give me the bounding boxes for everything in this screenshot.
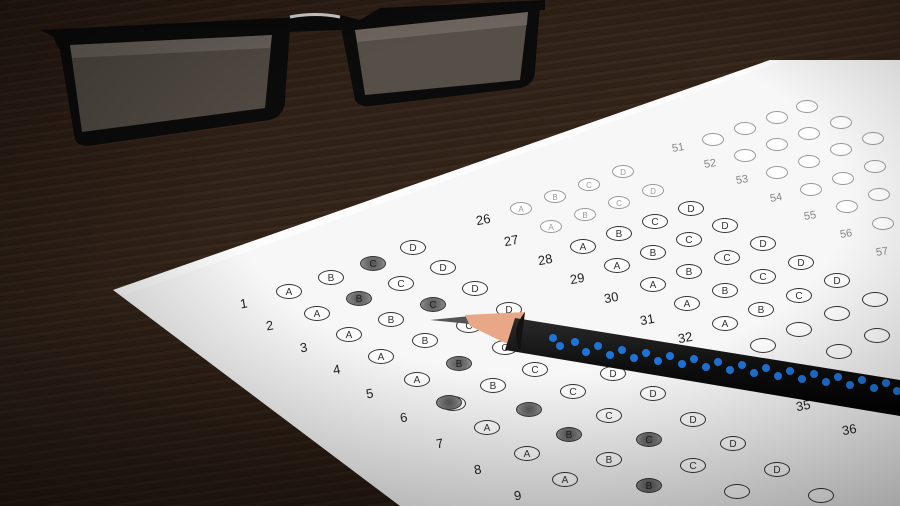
photo-scene: 1 2 3 4 5 6 7 8 9 A B C D A B C D A B C …: [0, 0, 900, 506]
pencil-graphite-tip: [430, 316, 470, 324]
pencil: [0, 0, 900, 506]
